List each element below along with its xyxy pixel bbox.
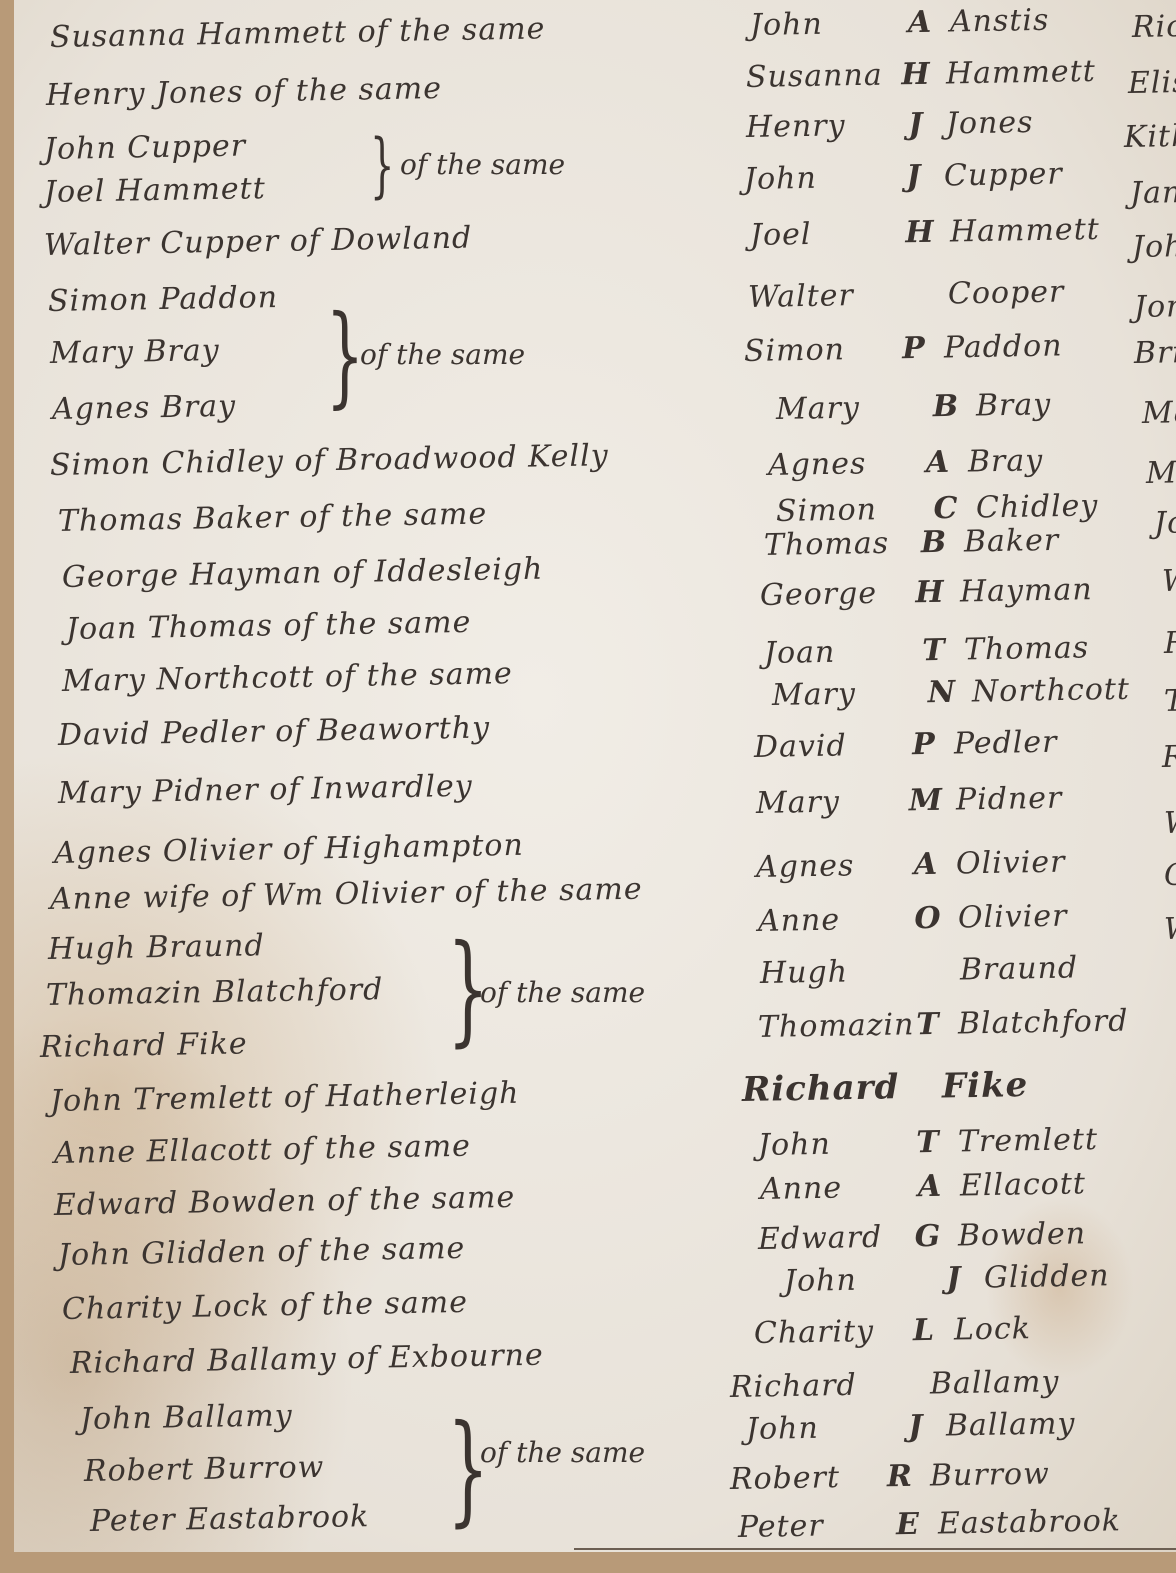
name-row: Joan Thomas of the same: [66, 605, 472, 647]
name-row: John Cupper: [44, 128, 247, 167]
name-row: Agnes Olivier of Highampton: [54, 828, 524, 871]
name-row: David Pedler of Beaworthy: [58, 710, 491, 753]
name-row: Henry Jones of the same: [46, 71, 443, 113]
manuscript-page: Susanna Hammett of the same Henry Jones …: [14, 0, 1176, 1552]
signature-row: ThomazinTBlatchford: [758, 1004, 1129, 1045]
edge-fragment: Ro: [1164, 625, 1176, 661]
name-row: Susanna Hammett of the same: [50, 11, 546, 55]
brace-label: of the same: [360, 338, 525, 371]
name-row: Mary Bray: [50, 333, 220, 371]
name-row: Joel Hammett: [44, 171, 266, 210]
edge-fragment: Ma: [1146, 455, 1176, 491]
bottom-rule-line: [574, 1548, 1176, 1550]
name-row: Simon Chidley of Broadwood Kelly: [50, 438, 609, 483]
signature-row: JohnAAnstis: [750, 3, 1050, 43]
name-row: John Glidden of the same: [58, 1231, 466, 1273]
edge-fragment: Wi: [1162, 563, 1176, 599]
edge-fragment: Elis: [1128, 65, 1176, 101]
name-row: Mary Pidner of Inwardley: [58, 769, 473, 811]
name-row: George Hayman of Iddesleigh: [62, 552, 544, 595]
name-row: Richard Fike: [40, 1026, 248, 1065]
edge-fragment: Ma: [1142, 395, 1176, 431]
name-row: Hugh Braund: [48, 928, 265, 967]
signature-row: EdwardGBowden: [758, 1216, 1087, 1257]
signature-row: SimonPPaddon: [744, 328, 1063, 369]
signature-row: JohnJCupper: [744, 156, 1063, 197]
brace-label: of the same: [400, 148, 565, 181]
name-row: Richard Ballamy of Exbourne: [70, 1338, 544, 1381]
edge-fragment: W: [1164, 805, 1176, 841]
edge-fragment: Jan: [1130, 175, 1176, 211]
signature-row: SusannaHHammett: [746, 54, 1096, 95]
signature-row: MaryMPidner: [756, 781, 1063, 821]
name-row: Robert Burrow: [84, 1450, 325, 1489]
brace-label: of the same: [480, 976, 645, 1009]
signature-row: JohnTTremlett: [758, 1122, 1099, 1163]
signature-row: AnneAEllacott: [760, 1166, 1087, 1207]
signature-row: MaryBBray: [776, 387, 1052, 427]
edge-fragment: Tho: [1164, 683, 1176, 719]
name-row: Walter Cupper of Dowland: [44, 221, 473, 263]
signature-row: WalterCooper: [748, 274, 1065, 315]
brace: }: [326, 300, 365, 410]
signature-row: PeterEEastabrook: [738, 1503, 1122, 1545]
name-row: Agnes Bray: [52, 389, 237, 427]
edge-fragment: Joh: [1132, 229, 1176, 265]
signature-row: RichardFike: [742, 1065, 1029, 1110]
edge-fragment: Ro: [1162, 739, 1176, 775]
signature-row: AgnesABray: [768, 443, 1044, 483]
signature-row: GeorgeHHayman: [760, 572, 1093, 613]
edge-fragment: W: [1164, 911, 1176, 947]
signature-row: HughBraund: [760, 950, 1079, 991]
signature-row: JoanTThomas: [764, 630, 1090, 671]
edge-fragment: O: [1164, 858, 1176, 893]
signature-row: CharityLLock: [754, 1311, 1032, 1351]
brace: }: [370, 130, 395, 200]
name-row: Thomazin Blatchford: [46, 972, 384, 1013]
edge-fragment: Bri: [1134, 335, 1176, 371]
signature-row: JoelHHammett: [750, 212, 1100, 253]
edge-fragment: Ric: [1132, 9, 1176, 45]
right-edge-fragments: Ric Elis Kith Jan Joh Jon Bri Ma Ma Joh …: [1114, 0, 1176, 1552]
name-row: Peter Eastabrook: [90, 1499, 370, 1539]
edge-fragment: Kith: [1124, 119, 1176, 155]
brace-label: of the same: [480, 1436, 645, 1469]
signature-row: RichardBallamy: [730, 1364, 1060, 1405]
name-row: John Ballamy: [80, 1398, 293, 1437]
signature-row: JohnJGlidden: [784, 1258, 1110, 1299]
name-row: John Tremlett of Hatherleigh: [50, 1076, 520, 1119]
name-row: Charity Lock of the same: [62, 1285, 469, 1327]
name-row: Edward Bowden of the same: [54, 1180, 516, 1223]
edge-fragment: Joh: [1154, 505, 1176, 541]
signature-row: AgnesAOlivier: [756, 845, 1066, 885]
signature-row: HenryJJones: [746, 105, 1034, 145]
signature-row: ThomasBBaker: [764, 523, 1060, 563]
name-row: Anne Ellacott of the same: [54, 1129, 472, 1171]
name-row: Mary Northcott of the same: [62, 656, 513, 699]
signature-row: JohnJBallamy: [746, 1406, 1076, 1447]
name-row: Simon Paddon: [48, 280, 279, 319]
signature-row: MaryNNorthcott: [772, 672, 1131, 713]
signature-row: AnneOOlivier: [758, 899, 1068, 939]
edge-fragment: Jon: [1134, 289, 1176, 325]
brace: }: [447, 1410, 489, 1530]
name-row: Anne wife of Wm Olivier of the same: [50, 872, 643, 917]
signature-row: RobertRBurrow: [730, 1456, 1050, 1497]
name-row: Thomas Baker of the same: [58, 497, 488, 539]
signature-row: DavidPPedler: [754, 725, 1058, 765]
